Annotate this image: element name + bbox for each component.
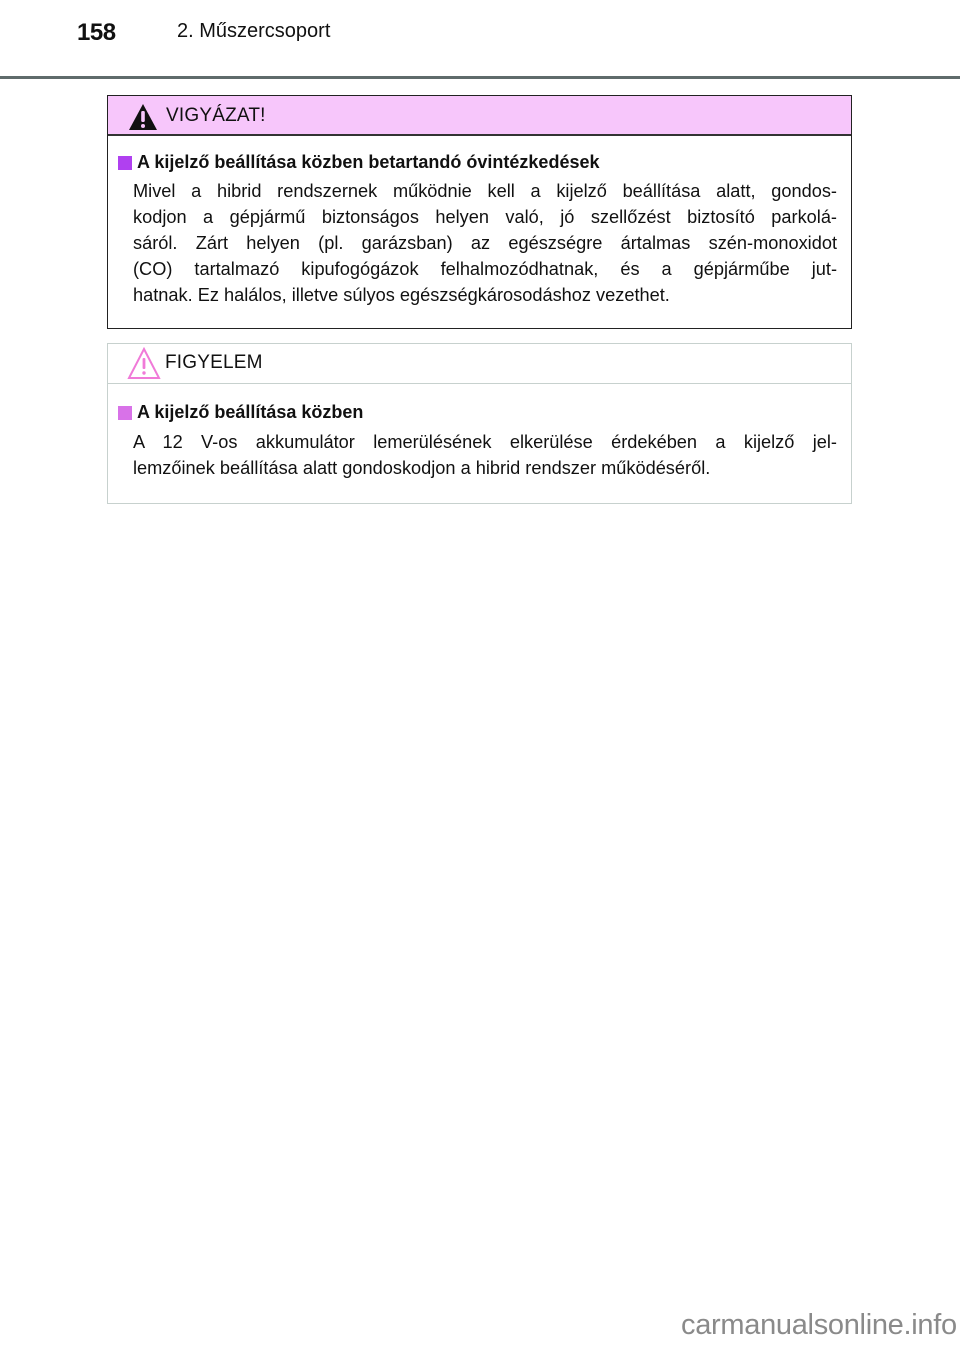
body-line: A 12 V-os akkumulátor lemerülésének elke…: [133, 429, 837, 455]
warning-box: VIGYÁZAT! A kijelző beállítása közben be…: [107, 95, 852, 329]
body-line: (CO) tartalmazó kipufogógázok felhalmozó…: [133, 256, 837, 282]
square-bullet-icon: [118, 156, 132, 170]
warning-item-title-text: A kijelző beállítása közben betartandó ó…: [137, 152, 599, 173]
caution-box-header: FIGYELEM: [108, 344, 851, 384]
caution-item-title: A kijelző beállítása közben: [118, 402, 363, 423]
square-bullet-icon: [118, 406, 132, 420]
page-header: 158 2. Műszercsoport: [0, 0, 960, 80]
section-title: 2. Műszercsoport: [177, 20, 330, 43]
body-line: kodjon a gépjármű biztonságos helyen val…: [133, 204, 837, 230]
body-line: lemzőinek beállítása alatt gondoskodjon …: [133, 455, 837, 481]
caution-box: FIGYELEM A kijelző beállítása közben A 1…: [107, 343, 852, 504]
header-divider: [0, 76, 960, 79]
caution-item-body: A 12 V-os akkumulátor lemerülésének elke…: [133, 429, 837, 481]
warning-item-title: A kijelző beállítása közben betartandó ó…: [118, 152, 599, 173]
caution-item-title-text: A kijelző beállítása közben: [137, 402, 363, 423]
body-line: sáról. Zárt helyen (pl. garázsban) az eg…: [133, 230, 837, 256]
watermark: carmanualsonline.info: [681, 1309, 957, 1342]
body-line: Mivel a hibrid rendszernek működnie kell…: [133, 178, 837, 204]
warning-item-body: Mivel a hibrid rendszernek működnie kell…: [133, 178, 837, 308]
warning-triangle-outline-icon: [127, 347, 161, 380]
page-number: 158: [77, 19, 116, 47]
warning-label: VIGYÁZAT!: [166, 105, 266, 127]
caution-label: FIGYELEM: [165, 352, 263, 374]
body-line: hatnak. Ez halálos, illetve súlyos egész…: [133, 282, 837, 308]
warning-box-header: VIGYÁZAT!: [108, 96, 851, 136]
warning-triangle-filled-icon: [128, 103, 158, 131]
